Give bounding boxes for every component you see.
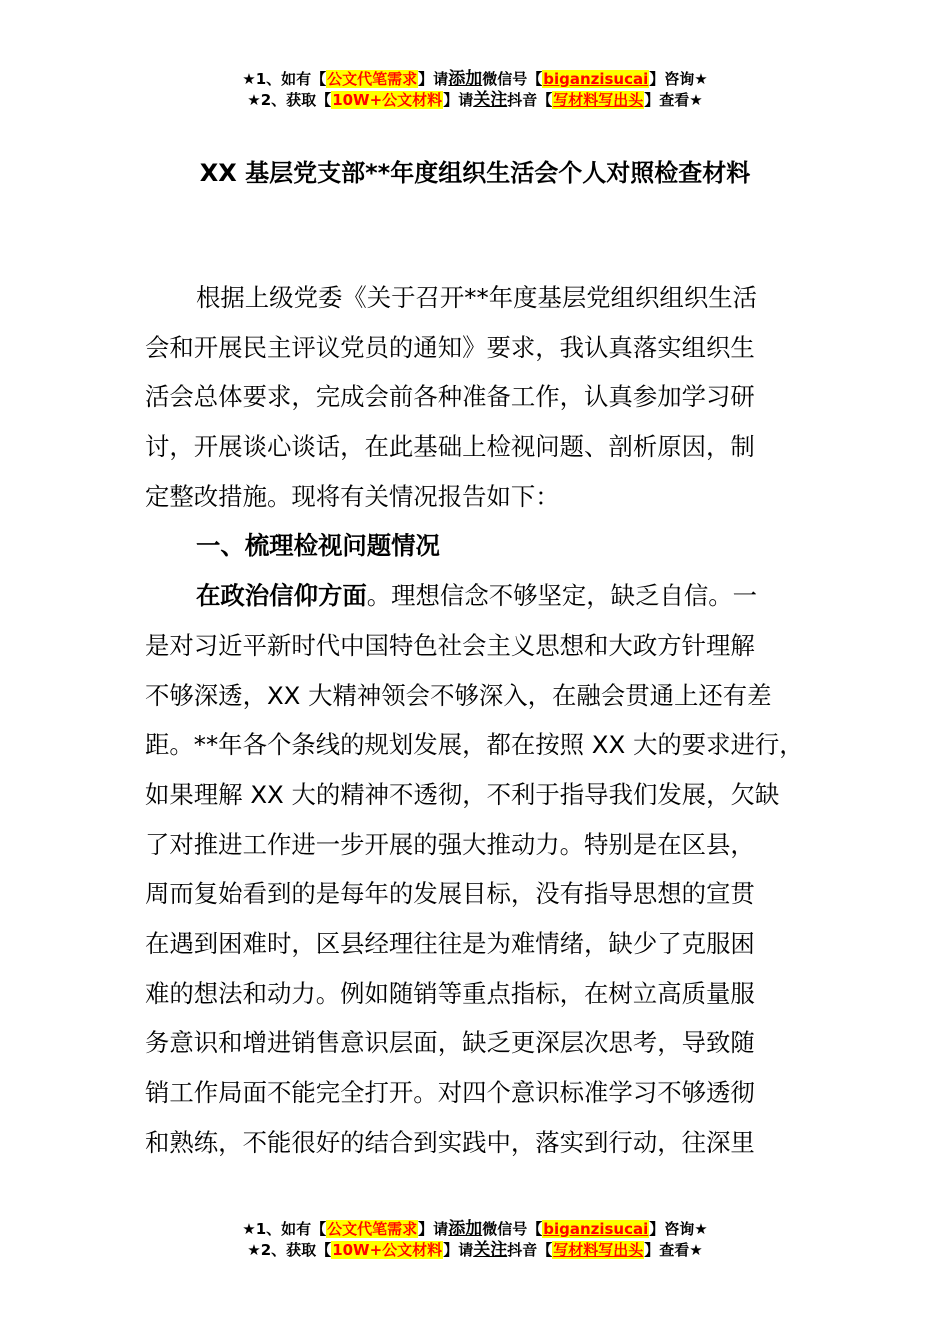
paragraph-line: 务意识和增进销售意识层面，缺乏更深层次思考，导致随 — [145, 1018, 835, 1068]
banner-text: ★1、如有【 — [242, 1220, 326, 1238]
wechat-id-link[interactable]: biganzisucai — [542, 70, 649, 88]
paragraph-line: 在政治信仰方面。理想信念不够坚定，缺乏自信。一 — [145, 571, 835, 621]
section-heading: 一、梳理检视问题情况 — [145, 521, 835, 571]
banner-line-1: ★1、如有【公文代笔需求】请添加微信号【biganzisucai】咨询★ — [0, 69, 950, 90]
paragraph-line: 讨，开展谈心谈话，在此基础上检视问题、剖析原因，制 — [145, 422, 835, 472]
banner-line-1: ★1、如有【公文代笔需求】请添加微信号【biganzisucai】咨询★ — [0, 1219, 950, 1240]
paragraph-line: 在遇到困难时，区县经理往往是为难情绪，缺少了克服困 — [145, 919, 835, 969]
banner-text: ★2、获取【 — [247, 1241, 331, 1259]
emphasis-text: 添加 — [448, 69, 482, 89]
paragraph-line: 定整改措施。现将有关情况报告如下： — [145, 472, 835, 522]
douyin-account-link[interactable]: 写材料写出头 — [552, 1241, 644, 1259]
banner-text: 抖音【 — [507, 91, 552, 109]
header-banner: ★1、如有【公文代笔需求】请添加微信号【biganzisucai】咨询★ ★2、… — [0, 69, 950, 111]
banner-text: 抖音【 — [507, 1241, 552, 1259]
banner-text: 】请 — [443, 1241, 473, 1259]
paragraph-line: 活会总体要求，完成会前各种准备工作，认真参加学习研 — [145, 372, 835, 422]
highlight-text: 公文代笔需求 — [326, 1220, 418, 1238]
emphasis-text: 关注 — [473, 90, 507, 110]
banner-text: 】查看★ — [644, 1241, 702, 1259]
paragraph-line: 是对习近平新时代中国特色社会主义思想和大政方针理解 — [145, 621, 835, 671]
document-body: 根据上级党委《关于召开**年度基层党组织组织生活 会和开展民主评议党员的通知》要… — [145, 273, 835, 1167]
paragraph-line: 如果理解 XX 大的精神不透彻，不利于指导我们发展，欠缺 — [145, 770, 835, 820]
paragraph-line: 不够深透，XX 大精神领会不够深入，在融会贯通上还有差 — [145, 671, 835, 721]
banner-text: ★2、获取【 — [247, 91, 331, 109]
paragraph-line: 根据上级党委《关于召开**年度基层党组织组织生活 — [145, 273, 835, 323]
document-page: ★1、如有【公文代笔需求】请添加微信号【biganzisucai】咨询★ ★2、… — [0, 0, 950, 1344]
document-title: XX 基层党支部**年度组织生活会个人对照检查材料 — [0, 157, 950, 189]
douyin-account-link[interactable]: 写材料写出头 — [552, 91, 644, 109]
paragraph-line: 和熟练，不能很好的结合到实践中，落实到行动，往深里 — [145, 1118, 835, 1168]
banner-text: 】请 — [418, 70, 448, 88]
footer-banner: ★1、如有【公文代笔需求】请添加微信号【biganzisucai】咨询★ ★2、… — [0, 1219, 950, 1261]
banner-text: 】查看★ — [644, 91, 702, 109]
subsection-lead: 在政治信仰方面 — [196, 581, 367, 610]
banner-line-2: ★2、获取【10W+公文材料】请关注抖音【写材料写出头】查看★ — [0, 90, 950, 111]
paragraph-line: 会和开展民主评议党员的通知》要求，我认真落实组织生 — [145, 323, 835, 373]
paragraph-line: 销工作局面不能完全打开。对四个意识标准学习不够透彻 — [145, 1068, 835, 1118]
banner-text: 】请 — [418, 1220, 448, 1238]
banner-text: 微信号【 — [482, 70, 542, 88]
paragraph-line: 了对推进工作进一步开展的强大推动力。特别是在区县， — [145, 820, 835, 870]
wechat-id-link[interactable]: biganzisucai — [542, 1220, 649, 1238]
paragraph-line: 距。**年各个条线的规划发展，都在按照 XX 大的要求进行， — [145, 720, 835, 770]
paragraph-text: 。理想信念不够坚定，缺乏自信。一 — [367, 581, 757, 610]
banner-text: ★1、如有【 — [242, 70, 326, 88]
paragraph-line: 难的想法和动力。例如随销等重点指标，在树立高质量服 — [145, 969, 835, 1019]
emphasis-text: 关注 — [473, 1240, 507, 1260]
paragraph-line: 周而复始看到的是每年的发展目标，没有指导思想的宣贯 — [145, 869, 835, 919]
banner-line-2: ★2、获取【10W+公文材料】请关注抖音【写材料写出头】查看★ — [0, 1240, 950, 1261]
banner-text: 】咨询★ — [649, 70, 707, 88]
highlight-text: 公文代笔需求 — [326, 70, 418, 88]
banner-text: 】咨询★ — [649, 1220, 707, 1238]
highlight-text: 10W+公文材料 — [331, 91, 443, 109]
banner-text: 微信号【 — [482, 1220, 542, 1238]
banner-text: 】请 — [443, 91, 473, 109]
emphasis-text: 添加 — [448, 1219, 482, 1239]
highlight-text: 10W+公文材料 — [331, 1241, 443, 1259]
